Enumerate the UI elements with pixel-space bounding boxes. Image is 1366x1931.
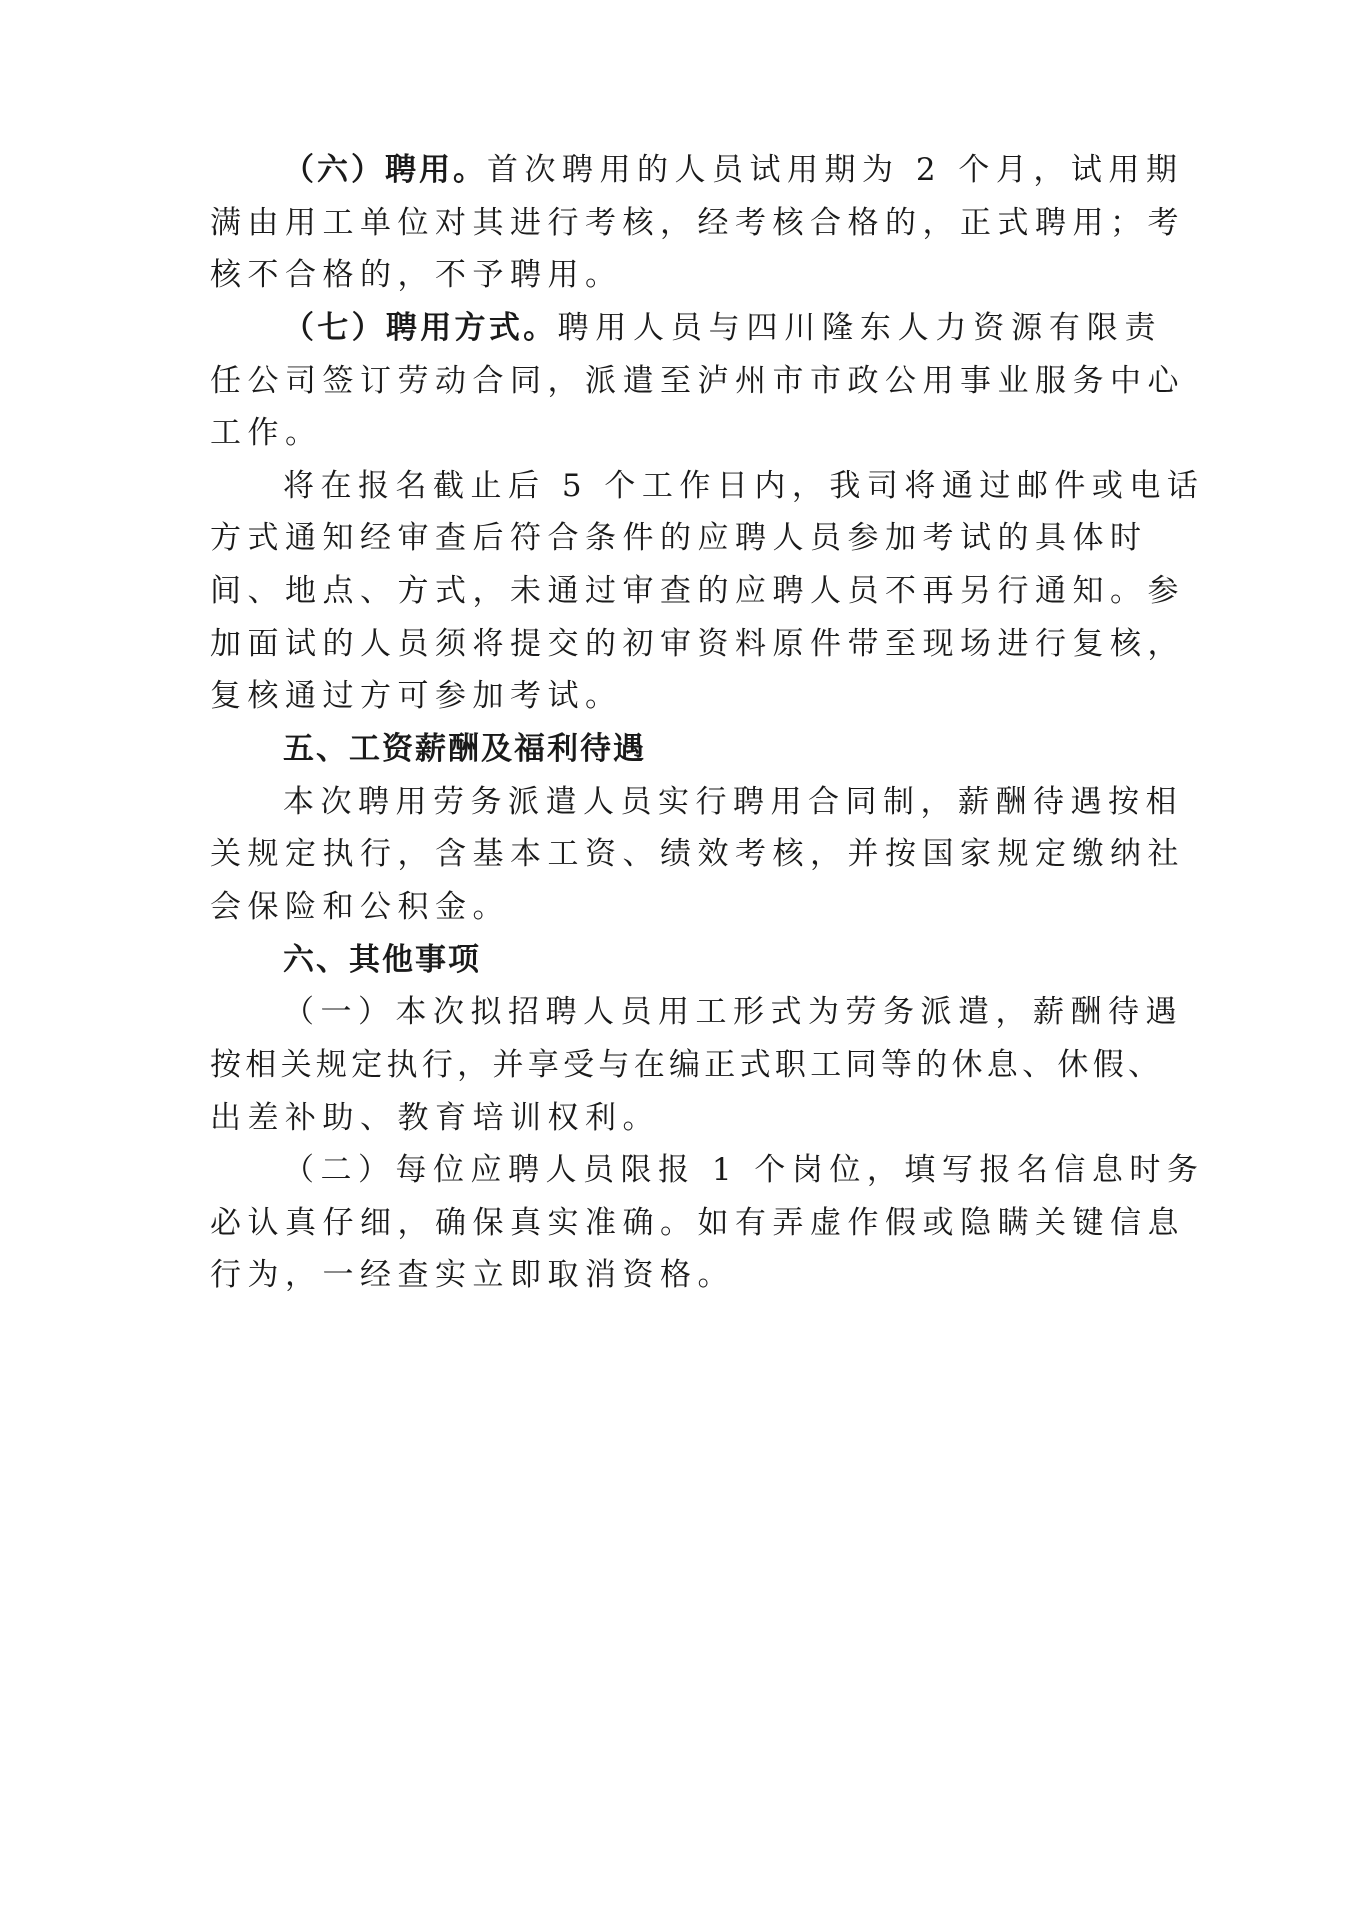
salary-line-3: 会保险和公积金。 bbox=[210, 882, 1162, 932]
notice-line-1: 将在报名截止后 5 个工作日内，我司将通过邮件或电话 bbox=[283, 461, 1162, 511]
salary-line-1: 本次聘用劳务派遣人员实行聘用合同制，薪酬待遇按相 bbox=[283, 777, 1162, 827]
notice-line-3: 间、地点、方式，未通过审查的应聘人员不再另行通知。参 bbox=[210, 566, 1162, 616]
notice-line-2: 方式通知经审查后符合条件的应聘人员参加考试的具体时 bbox=[210, 513, 1140, 563]
document-page: （六）聘用。首次聘用的人员试用期为 2 个月，试用期 满由用工单位对其进行考核，… bbox=[0, 0, 1366, 1931]
notice-line-5: 复核通过方可参加考试。 bbox=[210, 671, 1162, 721]
notice-line-4: 加面试的人员须将提交的初审资料原件带至现场进行复核， bbox=[210, 619, 1162, 669]
salary-line-2: 关规定执行，含基本工资、绩效考核，并按国家规定缴纳社 bbox=[210, 829, 1162, 879]
item-7-line-3: 工作。 bbox=[210, 408, 1162, 458]
item-6-line-3: 核不合格的，不予聘用。 bbox=[210, 250, 1162, 300]
item-6-line-1: （六）聘用。首次聘用的人员试用期为 2 个月，试用期 bbox=[283, 145, 1162, 195]
other-item-2-line-2: 必认真仔细，确保真实准确。如有弄虚作假或隐瞒关键信息 bbox=[210, 1198, 1162, 1248]
other-item-2-line-1: （二）每位应聘人员限报 1 个岗位，填写报名信息时务 bbox=[283, 1145, 1162, 1195]
item-7-line-1: （七）聘用方式。聘用人员与四川隆东人力资源有限责 bbox=[283, 303, 1162, 353]
item-6-lead: （六）聘用。 bbox=[283, 152, 487, 188]
other-item-2-line-3: 行为，一经查实立即取消资格。 bbox=[210, 1250, 1162, 1300]
item-6-line-2: 满由用工单位对其进行考核，经考核合格的，正式聘用；考 bbox=[210, 198, 1162, 248]
section-heading-salary: 五、工资薪酬及福利待遇 bbox=[283, 724, 1162, 774]
item-7-lead: （七）聘用方式。 bbox=[283, 310, 557, 346]
other-item-1-line-1: （一）本次拟招聘人员用工形式为劳务派遣，薪酬待遇 bbox=[283, 987, 1162, 1037]
other-item-1-line-2: 按相关规定执行，并享受与在编正式职工同等的休息、休假、 bbox=[210, 1040, 1162, 1090]
section-heading-other: 六、其他事项 bbox=[283, 935, 1162, 985]
other-item-1-line-3: 出差补助、教育培训权利。 bbox=[210, 1093, 1162, 1143]
item-7-line-2: 任公司签订劳动合同，派遣至泸州市市政公用事业服务中心 bbox=[210, 356, 1162, 406]
